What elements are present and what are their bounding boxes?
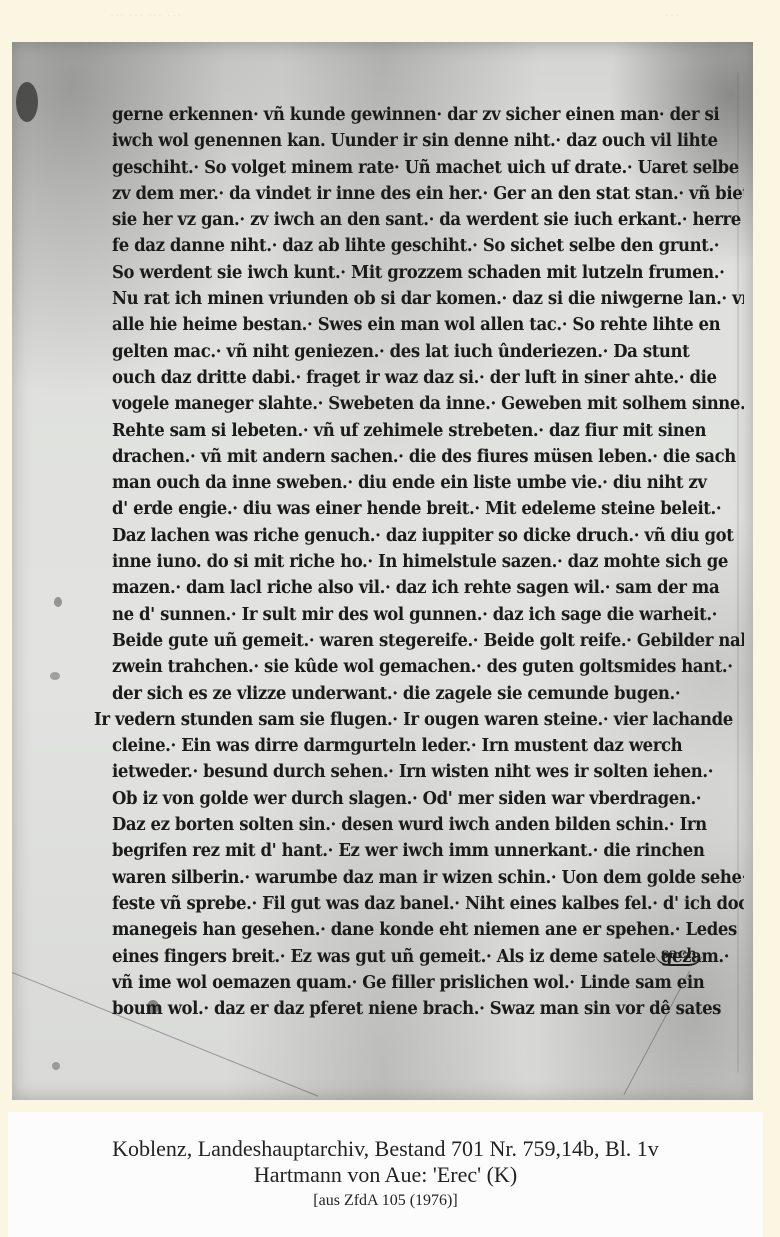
manuscript-line: mazen.· dam lacl riche also vil.· daz ic… — [112, 575, 744, 603]
manuscript-line: gelten mac.· vñ niht geniezen.· des lat … — [112, 338, 744, 366]
manuscript-line: Ir vedern stunden sam sie flugen.· Ir ou… — [94, 706, 744, 734]
manuscript-line: der sich es ze vlizze underwant.· die za… — [112, 680, 744, 708]
manuscript-line: Nu rat ich minen vriunden ob si dar kome… — [112, 285, 744, 313]
caption-box: Koblenz, Landeshauptarchiv, Bestand 701 … — [8, 1112, 763, 1237]
stain-left-margin-2 — [50, 672, 60, 680]
caption-source: Koblenz, Landeshauptarchiv, Bestand 701 … — [8, 1136, 763, 1162]
stain-bottom-left — [52, 1062, 60, 1070]
manuscript-image: gerne erkennen· vñ kunde gewinnen· dar z… — [12, 42, 753, 1100]
manuscript-line: feste vñ sprebe.· Fil gut was daz banel.… — [112, 890, 744, 918]
manuscript-line: iwch wol genennen kan. Uunder ir sin den… — [112, 128, 744, 156]
manuscript-line: waren silberin.· warumbe daz man ir wize… — [112, 864, 744, 892]
bleed-through-header: ··· ··· ··· ··· ··· — [110, 8, 710, 22]
caption-title: Hartmann von Aue: 'Erec' (K) — [8, 1162, 763, 1188]
caption-reference: [aus ZfdA 105 (1976)] — [8, 1190, 763, 1212]
manuscript-line: begrifen rez mit d' hant.· Ez wer iwch i… — [112, 838, 744, 866]
manuscript-line: alle hie heime bestan.· Swes ein man wol… — [112, 312, 744, 340]
manuscript-line: eines fingers breit.· Ez was gut uñ geme… — [112, 943, 744, 971]
manuscript-line: So werdent sie iwch kunt.· Mit grozzem s… — [112, 259, 744, 287]
manuscript-line: vogele maneger slahte.· Swebeten da inne… — [112, 391, 744, 419]
bleed-page-number: ··· — [665, 8, 680, 23]
bleed-header-text: ··· ··· ··· ··· — [110, 8, 182, 22]
manuscript-line: inne iuno. do si mit riche ho.· In himel… — [112, 548, 744, 576]
manuscript-line: manegeis han gesehen.· dane konde eht ni… — [112, 917, 744, 945]
manuscript-line: fe daz danne niht.· daz ab lihte geschih… — [112, 233, 744, 261]
manuscript-line: zwein trahchen.· sie kûde wol gemachen.·… — [112, 654, 744, 682]
manuscript-line: geschiht.· So volget minem rate· Uñ mach… — [112, 154, 744, 182]
manuscript-line: man ouch da inne sweben.· diu ende ein l… — [112, 469, 744, 497]
manuscript-line: zv dem mer.· da vindet ir inne des ein h… — [112, 180, 744, 208]
manuscript-line: Daz lachen was riche genuch.· daz iuppit… — [112, 522, 744, 550]
manuscript-line: d' erde engie.· diu was einer hende brei… — [112, 496, 744, 524]
stain-left-margin — [54, 597, 62, 607]
manuscript-line: sie her vz gan.· zv iwch an den sant.· d… — [112, 207, 744, 235]
manuscript-line: ne d' sunnen.· Ir sult mir des wol gunne… — [112, 601, 744, 629]
manuscript-line: vñ ime wol oemazen quam.· Ge filler pris… — [112, 969, 744, 997]
manuscript-line: Ob iz von golde wer durch slagen.· Od' m… — [112, 785, 744, 813]
manuscript-line: cleine.· Ein was dirre darmgurteln leder… — [112, 732, 744, 760]
manuscript-line: ouch daz dritte dabi.· fraget ir waz daz… — [112, 364, 744, 392]
manuscript-line: Rehte sam si lebeten.· vñ uf zehimele st… — [112, 417, 744, 445]
catchword: sach — [655, 946, 703, 966]
manuscript-line: boum wol.· daz er daz pferet niene brach… — [112, 995, 744, 1023]
manuscript-line: Beide gute uñ gemeit.· waren stegereife.… — [112, 627, 744, 655]
manuscript-line: Daz ez borten solten sin.· desen wurd iw… — [112, 811, 744, 839]
manuscript-text: gerne erkennen· vñ kunde gewinnen· dar z… — [112, 102, 744, 1022]
manuscript-line: ietweder.· besund durch sehen.· Irn wist… — [112, 759, 744, 787]
manuscript-line: drachen.· vñ mit andern sachen.· die des… — [112, 443, 744, 471]
manuscript-line: gerne erkennen· vñ kunde gewinnen· dar z… — [112, 101, 744, 129]
stain-top-left — [16, 82, 38, 122]
